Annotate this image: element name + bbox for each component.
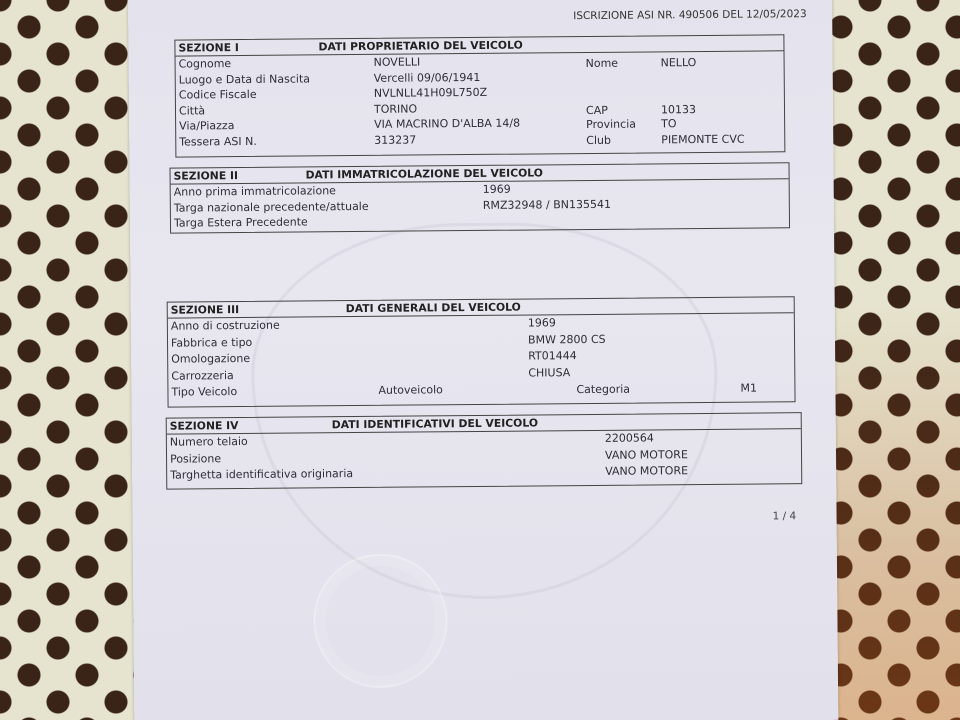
field-label: Codice Fiscale — [179, 87, 257, 103]
field-label: Targa Estera Precedente — [174, 214, 308, 231]
field-value: 313237 — [374, 132, 416, 148]
field-label: Anno di costruzione — [171, 318, 280, 335]
field-value: TORINO — [374, 101, 417, 117]
field-value: Vercelli 09/06/1941 — [374, 69, 481, 85]
section-registration: SEZIONE II DATI IMMATRICOLAZIONE DEL VEI… — [169, 162, 790, 233]
section-number: SEZIONE II — [171, 167, 306, 183]
field-value: VANO MOTORE — [605, 447, 688, 464]
embossed-seal — [313, 553, 448, 688]
field-label: Targa nazionale precedente/attuale — [174, 198, 369, 215]
field-value: VIA MACRINO D'ALBA 14/8 — [374, 116, 520, 133]
field-label: Cognome — [179, 56, 232, 72]
section-owner: SEZIONE I DATI PROPRIETARIO DEL VEICOLO … — [174, 34, 785, 157]
field-value: M1 — [740, 381, 757, 398]
field-label: Carrozzeria — [171, 368, 234, 385]
field-value: Autoveicolo — [378, 382, 443, 399]
document-page: ...ARTICOLO 4 DEL D.M. DEL 17-12-2009 IS… — [128, 0, 838, 720]
field-label: Omologazione — [171, 351, 250, 368]
section-title: DATI IDENTIFICATIVI DEL VEICOLO — [332, 415, 538, 432]
section-title: DATI IMMATRICOLAZIONE DEL VEICOLO — [306, 165, 543, 182]
field-value: BMW 2800 CS — [528, 331, 606, 348]
field-label: Club — [586, 132, 611, 148]
field-value: NOVELLI — [374, 54, 421, 70]
watermark-emblem — [250, 221, 719, 601]
section-number: SEZIONE IV — [167, 417, 332, 433]
registration-number: ISCRIZIONE ASI NR. 490506 DEL 12/05/2023 — [573, 8, 807, 22]
section-number: SEZIONE III — [168, 301, 346, 318]
field-value: VANO MOTORE — [605, 463, 688, 480]
field-label: Categoria — [576, 382, 630, 399]
field-value: 1969 — [528, 315, 556, 332]
field-label: Anno prima immatricolazione — [174, 183, 336, 200]
field-value: RMZ32948 / BN135541 — [483, 196, 611, 213]
field-value: 2200564 — [605, 430, 654, 447]
field-value: 1969 — [483, 182, 511, 198]
field-label: Posizione — [170, 451, 221, 468]
field-label: Via/Piazza — [179, 118, 234, 134]
field-value: CHIUSA — [528, 365, 570, 382]
field-label: Fabbrica e tipo — [171, 334, 252, 351]
field-label: Numero telaio — [170, 434, 248, 451]
section-title: DATI GENERALI DEL VEICOLO — [346, 300, 521, 317]
field-value: PIEMONTE CVC — [661, 131, 744, 147]
field-label: Targhetta identificativa originaria — [170, 466, 353, 484]
field-value: NVLNLL41H09L750Z — [374, 85, 487, 101]
section-general: SEZIONE III DATI GENERALI DEL VEICOLO An… — [167, 296, 796, 407]
field-label: Luogo e Data di Nascita — [179, 71, 310, 88]
section-number: SEZIONE I — [175, 39, 318, 55]
background-tint — [830, 300, 960, 720]
field-label: Città — [179, 103, 205, 119]
header-reference: ...ARTICOLO 4 DEL D.M. DEL 17-12-2009 — [458, 0, 660, 2]
section-identification: SEZIONE IV DATI IDENTIFICATIVI DEL VEICO… — [166, 412, 803, 490]
section-title: DATI PROPRIETARIO DEL VEICOLO — [318, 38, 522, 55]
field-label: Tessera ASI N. — [179, 133, 257, 149]
field-label: Tipo Veicolo — [171, 384, 237, 401]
page-number: 1 / 4 — [773, 510, 797, 522]
field-value: RT01444 — [528, 348, 577, 365]
